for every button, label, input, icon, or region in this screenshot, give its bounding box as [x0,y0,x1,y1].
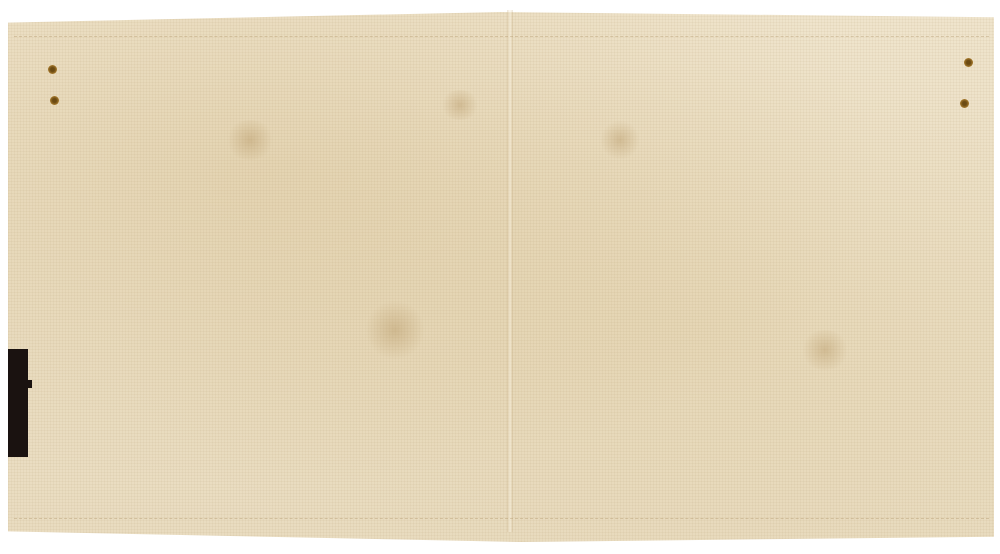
stain [440,90,480,120]
pin-hole-right-top [964,58,973,67]
center-fold-seam [507,10,513,532]
fabric-armband [8,12,994,542]
stain [800,330,850,370]
pin-hole-left-top [48,65,57,74]
black-ink-mark [8,349,28,457]
pin-hole-right-bottom [960,99,969,108]
stain [600,120,640,160]
stain [365,300,425,360]
top-hem-stitching [14,36,989,39]
bottom-hem-stitching [14,518,989,521]
stain [225,120,275,160]
black-ink-mark-notch [28,380,32,388]
pin-hole-left-bottom [50,96,59,105]
